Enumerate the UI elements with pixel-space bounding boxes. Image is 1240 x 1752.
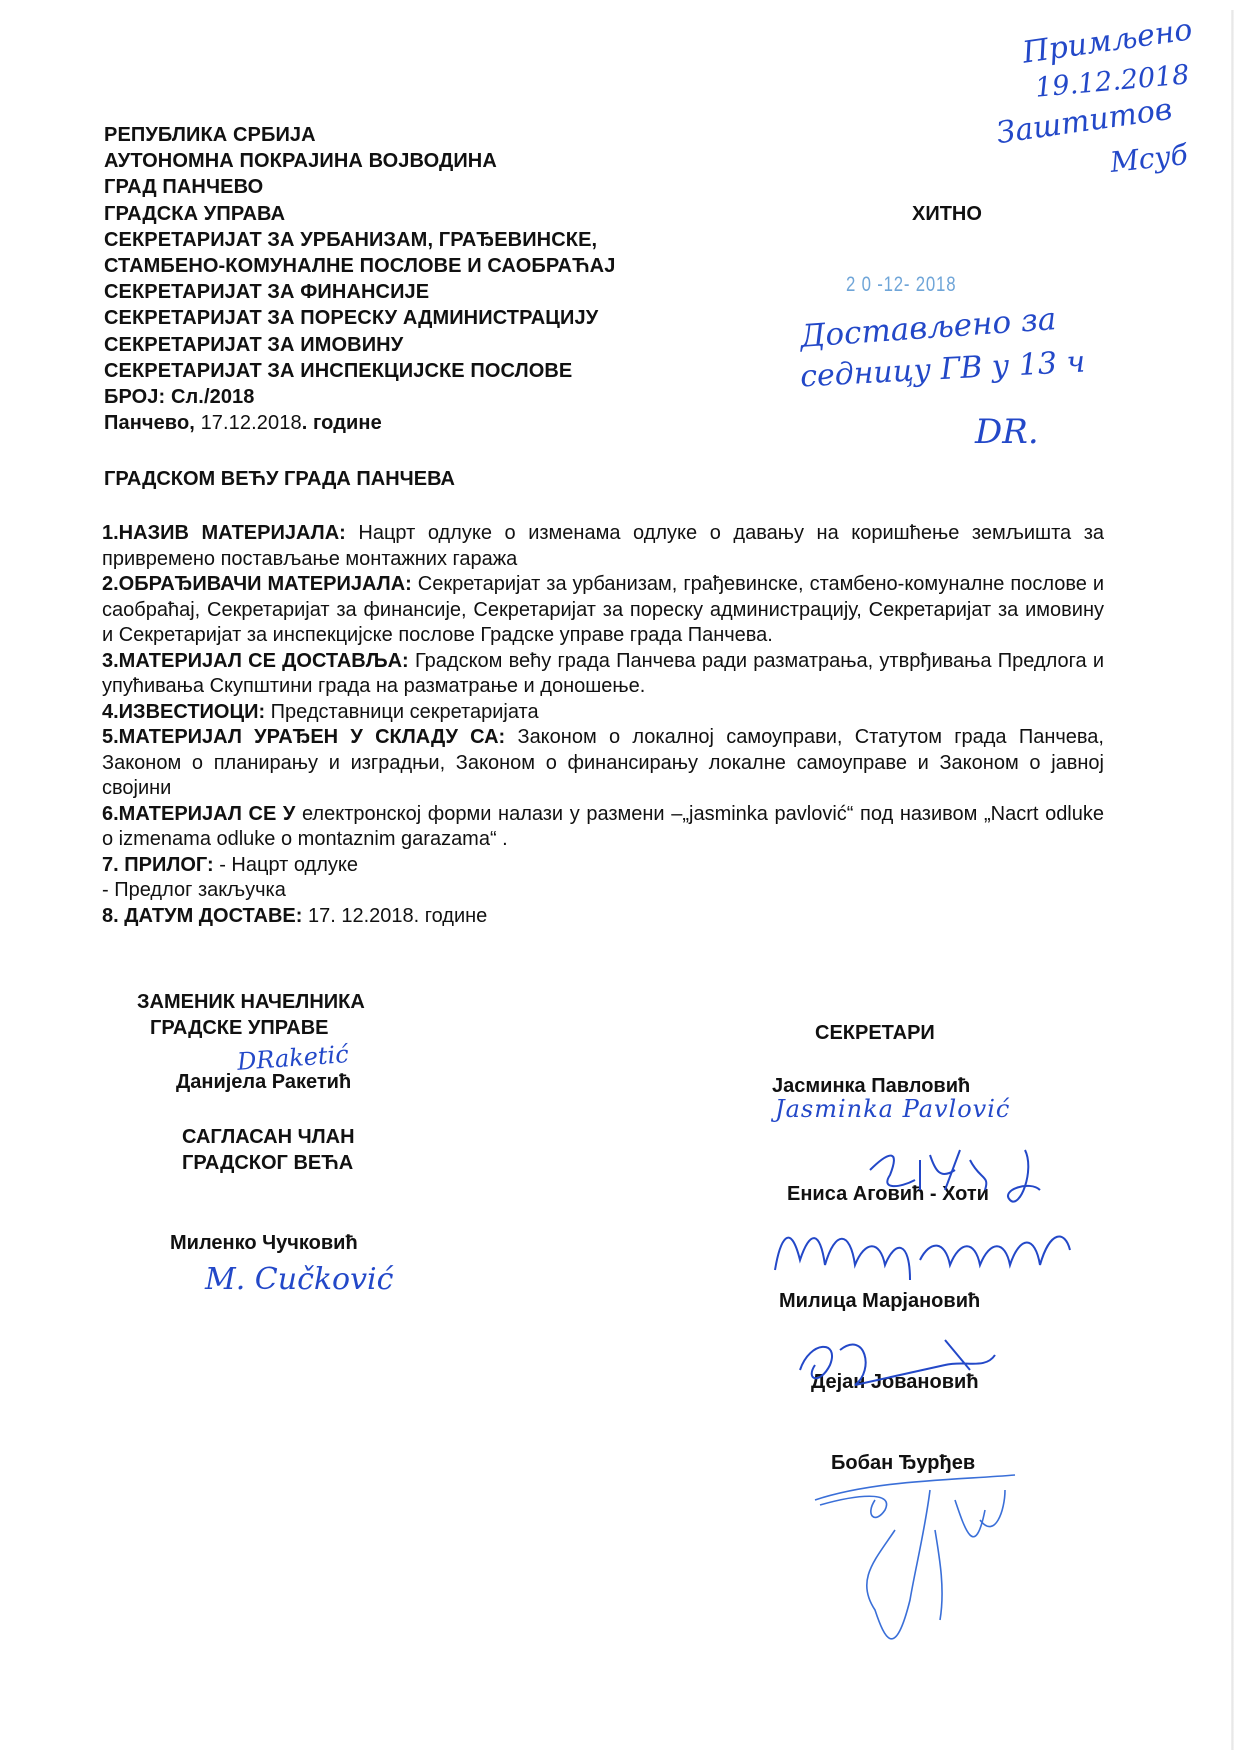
date-stamp: 2 0 -12- 2018 <box>846 273 956 297</box>
urgent-label: ХИТНО <box>912 203 982 226</box>
header-line: СЕКРЕТАРИЈАТ ЗА УРБАНИЗАМ, ГРАЂЕВИНСКЕ, <box>104 227 615 253</box>
header-line: ГРАД ПАНЧЕВО <box>104 174 615 200</box>
header-line: РЕПУБЛИКА СРБИЈА <box>104 122 615 148</box>
deputy-title-2: ГРАДСКЕ УПРАВЕ <box>150 1017 329 1040</box>
handwritten-delivery: Достављено за <box>799 301 1057 355</box>
signature-agovic-hoti <box>860 1140 1060 1220</box>
page-edge-shadow <box>1231 10 1234 1750</box>
letterhead: РЕПУБЛИКА СРБИЈА АУТОНОМНА ПОКРАЈИНА ВОЈ… <box>104 122 615 436</box>
header-line: ГРАДСКА УПРАВА <box>104 201 615 227</box>
signature-djurdjev <box>815 1470 1025 1670</box>
item-7: 7. ПРИЛОГ: - Нацрт одлуке <box>102 853 1104 879</box>
member-title-2: ГРАДСКОГ ВЕЋА <box>182 1152 353 1175</box>
item-3: 3.МАТЕРИЈАЛ СЕ ДОСТАВЉА: Градском већу г… <box>102 649 1104 700</box>
item-2: 2.ОБРАЂИВАЧИ МАТЕРИЈАЛА: Секретаријат за… <box>102 572 1104 649</box>
document-number: БРОЈ: Сл./2018 <box>104 384 615 410</box>
document-date: 17.12.2018 <box>195 412 302 434</box>
member-title-1: САГЛАСАН ЧЛАН <box>182 1126 355 1149</box>
addressee: ГРАДСКОМ ВЕЋУ ГРАДА ПАНЧЕВА <box>104 468 455 491</box>
header-line: АУТОНОМНА ПОКРАЈИНА ВОЈВОДИНА <box>104 148 615 174</box>
item-7-attachment: - Предлог закључка <box>102 878 1104 904</box>
item-4: 4.ИЗВЕСТИОЦИ: Представници секретаријата <box>102 700 1104 726</box>
header-line: СЕКРЕТАРИЈАТ ЗА ИНСПЕКЦИЈСКЕ ПОСЛОВЕ <box>104 358 615 384</box>
material-items: 1.НАЗИВ МАТЕРИЈАЛА: Нацрт одлуке о измен… <box>102 521 1104 929</box>
signature-pavlovic: Jasminka Pavlović <box>775 1095 1010 1123</box>
secretaries-title: СЕКРЕТАРИ <box>815 1022 935 1045</box>
deputy-name: Данијела Ракетић <box>176 1071 351 1094</box>
header-line: СЕКРЕТАРИЈАТ ЗА ПОРЕСКУ АДМИНИСТРАЦИЈУ <box>104 305 615 331</box>
item-5: 5.МАТЕРИЈАЛ УРАЂЕН У СКЛАДУ СА: Законом … <box>102 725 1104 802</box>
item-6: 6.МАТЕРИЈАЛ СЕ У електронској форми нала… <box>102 802 1104 853</box>
item-1: 1.НАЗИВ МАТЕРИЈАЛА: Нацрт одлуке о измен… <box>102 521 1104 572</box>
handwritten-initials: DR. <box>975 412 1039 452</box>
header-line: СЕКРЕТАРИЈАТ ЗА ИМОВИНУ <box>104 332 615 358</box>
signature-jovanovic <box>795 1330 1015 1400</box>
header-line: СЕКРЕТАРИЈАТ ЗА ФИНАНСИЈЕ <box>104 279 615 305</box>
item-8: 8. ДАТУМ ДОСТАВЕ: 17. 12.2018. године <box>102 904 1104 930</box>
member-name: Миленко Чучковић <box>170 1232 358 1255</box>
signature-cuckovic: M. Cučković <box>205 1262 393 1297</box>
signature-marjanovic <box>770 1210 1090 1290</box>
place-date: Панчево, 17.12.2018. године <box>104 410 615 436</box>
header-line: СТАМБЕНО-КОМУНАЛНЕ ПОСЛОВЕ И САОБРАЋАЈ <box>104 253 615 279</box>
secretary-name: Милица Марјановић <box>779 1290 980 1313</box>
deputy-title-1: ЗАМЕНИК НАЧЕЛНИКА <box>137 991 365 1014</box>
handwritten-received-extra: Мсуб <box>1108 138 1189 179</box>
